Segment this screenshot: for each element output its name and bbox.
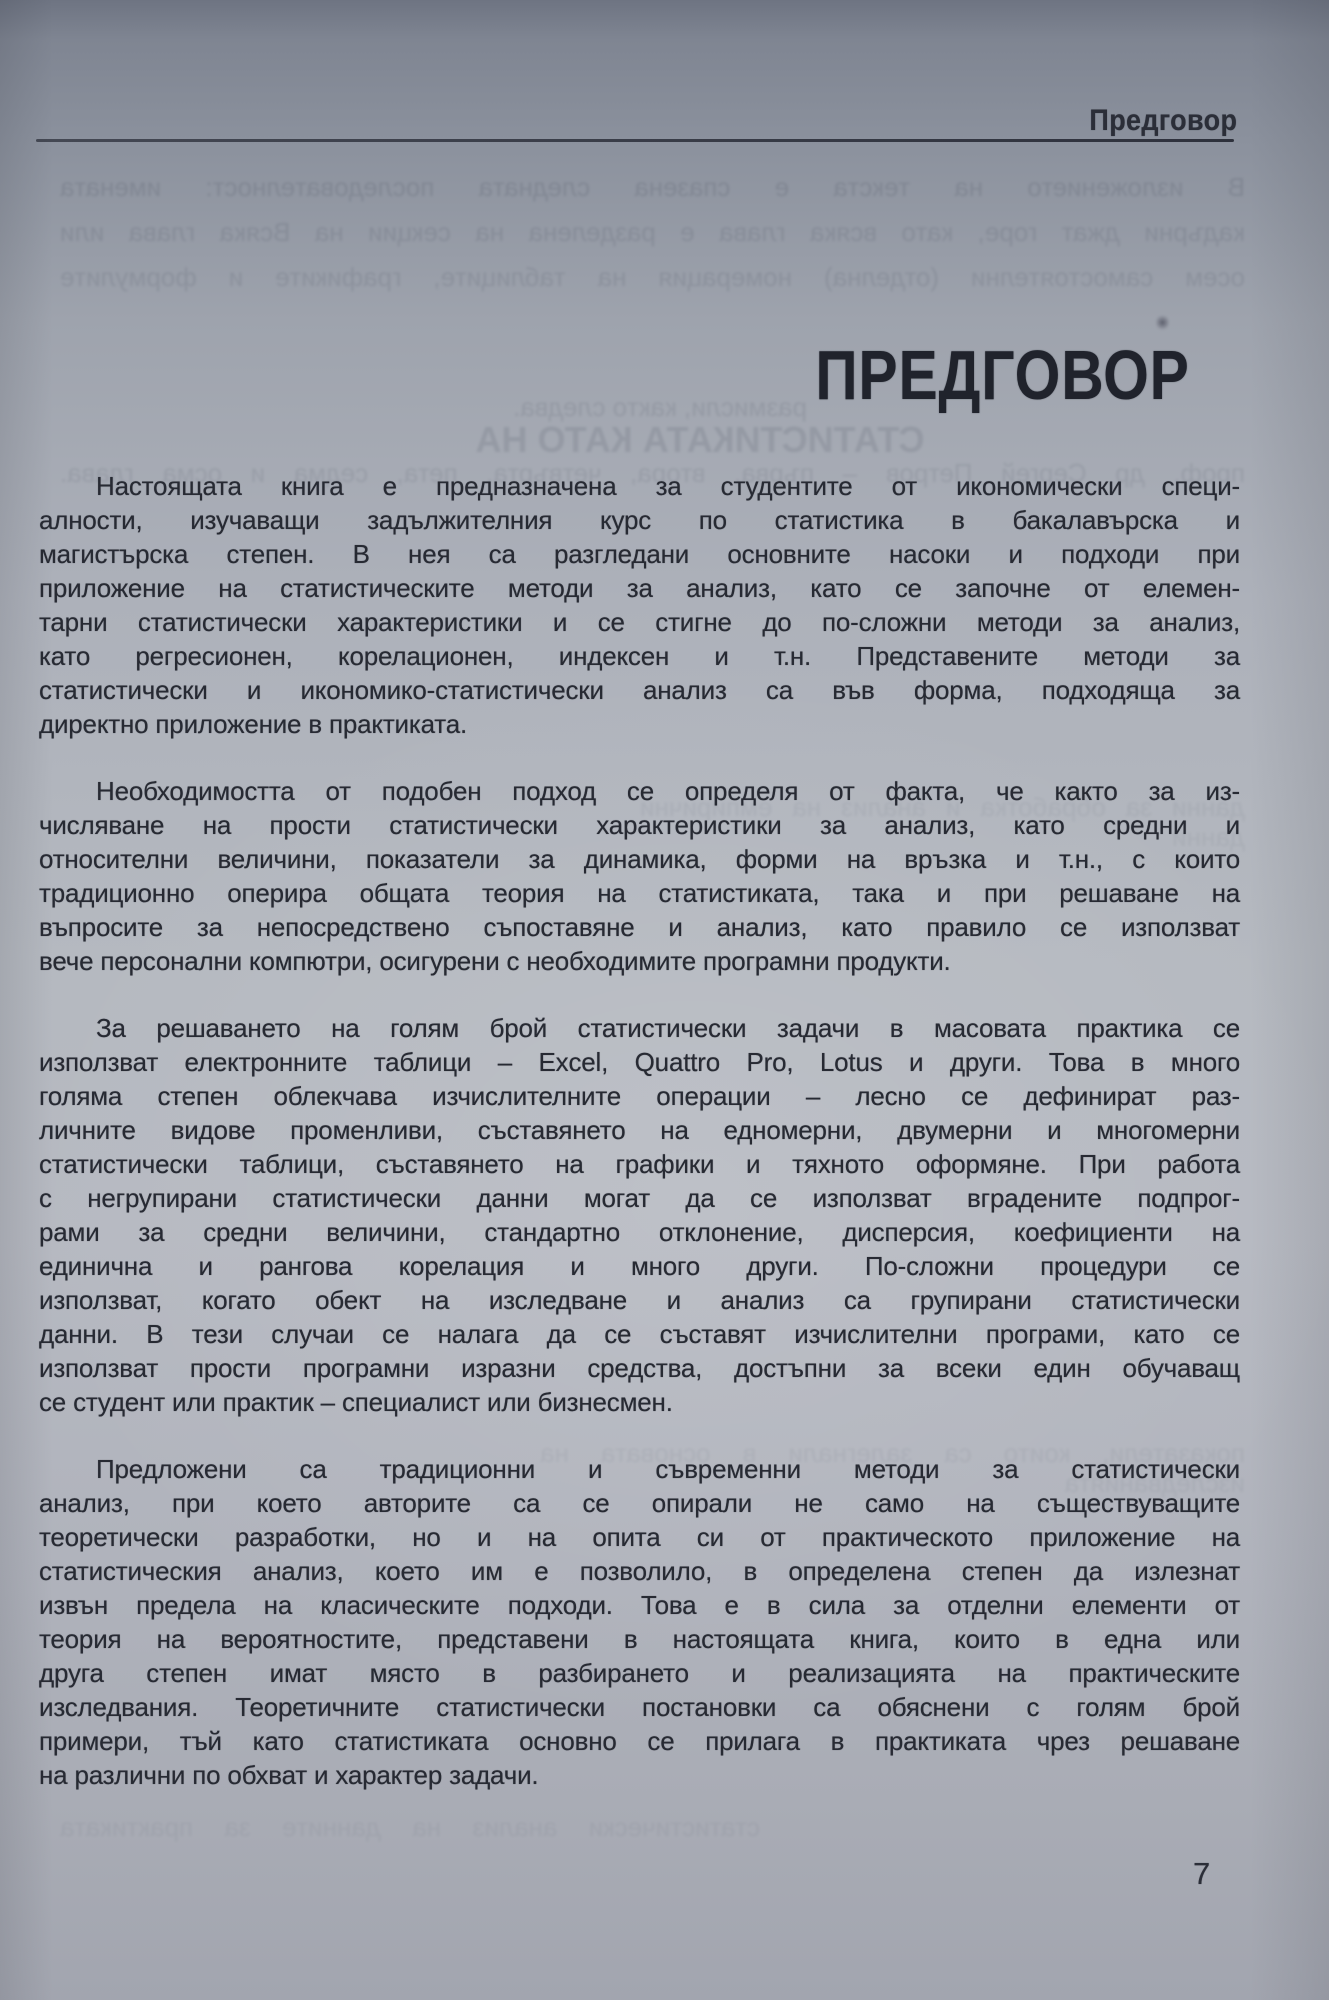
body-line: приложение на статистическите методи за … — [39, 571, 1240, 605]
body-line: използват, когато обект на изследване и … — [39, 1283, 1240, 1317]
page-title: ПРЕДГОВОР — [816, 340, 1190, 410]
body-line: статистически и икономико-статистически … — [39, 673, 1240, 707]
body-line: теоретически разработки, но и на опита с… — [39, 1520, 1240, 1554]
ink-smudge — [1156, 314, 1169, 331]
body-line: с негрупирани статистически данни могат … — [39, 1181, 1240, 1215]
body-line: личните видове променливи, съставянето н… — [39, 1113, 1240, 1147]
body-line: директно приложение в практиката. — [39, 707, 1240, 741]
bleed-through-line: кадърни джат горе, като всяка глава е ра… — [60, 217, 1245, 247]
body-line: изследвания. Теоретичните статистически … — [39, 1690, 1240, 1724]
body-line: въпросите за непосредствено съпоставяне … — [39, 910, 1240, 944]
paragraph: За решаването на голям брой статистическ… — [39, 1011, 1240, 1419]
body-line: на различни по обхват и характер задачи. — [39, 1758, 1240, 1792]
book-page: В изложението на текста е спазена следна… — [0, 0, 1329, 2000]
body-line: числяване на прости статистически характ… — [39, 808, 1240, 842]
running-header: Предговор — [1089, 106, 1237, 136]
page-number: 7 — [1193, 1856, 1210, 1892]
body-line: магистърска степен. В нея са разгледани … — [39, 537, 1240, 571]
body-line: статистически таблици, съставянето на гр… — [39, 1147, 1240, 1181]
body-line: като регресионен, корелационен, индексен… — [39, 639, 1240, 673]
body-line: единична и рангова корелация и много дру… — [39, 1249, 1240, 1283]
body-text: Настоящата книга е предназначена за студ… — [39, 469, 1240, 1825]
bleed-through-line: В изложението на текста е спазена следна… — [60, 172, 1245, 202]
bleed-through-heading: СТАТИСТИКАТА КАТО НА — [380, 420, 1020, 460]
body-line: използват електронните таблици – Excel, … — [39, 1045, 1240, 1079]
body-line: относителни величини, показатели за дина… — [39, 842, 1240, 876]
body-line: вече персонални компютри, осигурени с не… — [39, 944, 1240, 978]
header-rule — [36, 139, 1234, 142]
body-line: голяма степен облекчава изчислителните о… — [39, 1079, 1240, 1113]
body-line: извън предела на класическите подходи. Т… — [39, 1588, 1240, 1622]
body-line: Предложени са традиционни и съвременни м… — [39, 1452, 1240, 1486]
body-line: За решаването на голям брой статистическ… — [39, 1011, 1240, 1045]
body-line: данни. В тези случаи се налага да се със… — [39, 1317, 1240, 1351]
paragraph: Настоящата книга е предназначена за студ… — [39, 469, 1240, 741]
body-line: статистическия анализ, което им е позвол… — [39, 1554, 1240, 1588]
paragraph: Предложени са традиционни и съвременни м… — [39, 1452, 1240, 1792]
body-line: Настоящата книга е предназначена за студ… — [39, 469, 1240, 503]
body-line: примери, тъй като статистиката основно с… — [39, 1724, 1240, 1758]
body-line: рами за средни величини, стандартно откл… — [39, 1215, 1240, 1249]
body-line: се студент или практик – специалист или … — [39, 1385, 1240, 1419]
body-line: алности, изучаващи задължителния курс по… — [39, 503, 1240, 537]
body-line: анализ, при което авторите са се опирали… — [39, 1486, 1240, 1520]
bleed-through-line: размисли, както следва. — [450, 392, 870, 422]
body-line: тарни статистически характеристики и се … — [39, 605, 1240, 639]
paragraph: Необходимостта от подобен подход се опре… — [39, 774, 1240, 978]
body-line: теория на вероятностите, представени в н… — [39, 1622, 1240, 1656]
body-line: Необходимостта от подобен подход се опре… — [39, 774, 1240, 808]
bleed-through-line: осем самостоятелни (отделна) номерация н… — [60, 262, 1245, 292]
body-line: традиционно оперира общата теория на ста… — [39, 876, 1240, 910]
body-line: друга степен имат място в разбирането и … — [39, 1656, 1240, 1690]
body-line: използват прости програмни изразни средс… — [39, 1351, 1240, 1385]
